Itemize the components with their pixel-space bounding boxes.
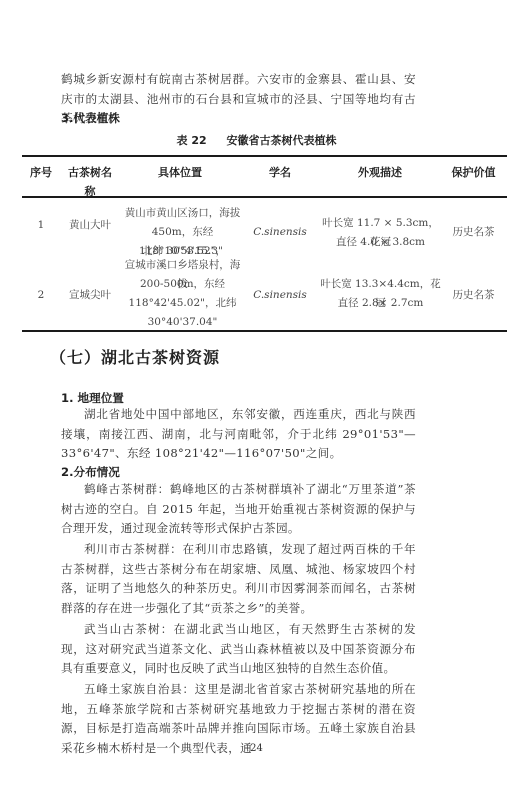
row-scientific-name: C.sinensis bbox=[240, 223, 320, 242]
header-protection-value: 保护价值 bbox=[440, 163, 507, 182]
row-tree-name: 宣城尖叶 bbox=[60, 286, 120, 305]
subsection-heading-representative-plants: 3.代表植株 bbox=[61, 110, 120, 126]
row-index: 1 bbox=[22, 216, 60, 235]
row-appearance-line: 直径 4.0 × 3.8cm bbox=[318, 233, 443, 252]
subsection-heading-distribution: 2.分布情况 bbox=[61, 464, 120, 480]
table-caption-title: 安徽省古茶树代表植株 bbox=[226, 134, 336, 147]
page-number: 24 bbox=[0, 743, 513, 754]
header-appearance: 外观描述 bbox=[320, 163, 440, 182]
row-protection-value: 历史名茶 bbox=[440, 223, 507, 242]
row-tree-name: 黄山大叶 bbox=[60, 216, 120, 235]
header-location: 具体位置 bbox=[120, 163, 240, 182]
row-appearance-line: 直径 2.8× 2.7cm bbox=[318, 294, 443, 313]
row-location-line: 黄山市黄山区汤口，海拔 bbox=[120, 204, 245, 223]
header-name-line2: 称 bbox=[60, 182, 120, 201]
table-top-rule bbox=[22, 155, 507, 157]
section-title-hubei: （七）湖北古茶树资源 bbox=[50, 345, 220, 368]
row-location-line: 200-500m，东经 bbox=[120, 275, 245, 294]
header-scientific-name: 学名 bbox=[240, 163, 320, 182]
table-bottom-rule bbox=[22, 330, 507, 332]
distribution-paragraph-hefeng: 鹤峰古茶树群：鹤峰地区的古茶树群填补了湖北“万里茶道”茶树古迹的空白。自 201… bbox=[61, 480, 416, 539]
row-protection-value: 历史名茶 bbox=[440, 286, 507, 305]
row-index: 2 bbox=[22, 286, 60, 305]
distribution-paragraph-lichuan: 利川市古茶树群：在利川市忠路镇，发现了超过两百株的千年古茶树群，这些古茶树分布在… bbox=[61, 540, 416, 618]
header-name-line1: 古茶树名 bbox=[60, 163, 120, 182]
table-caption-number: 表 22 bbox=[177, 134, 207, 147]
distribution-paragraph-wudangshan: 武当山古茶树：在湖北武当山地区，有天然野生古茶树的发现，这对研究武当道茶文化、武… bbox=[61, 620, 416, 679]
row-scientific-name: C.sinensis bbox=[240, 286, 320, 305]
geography-paragraph: 湖北省地处中国中部地区，东邻安徽，西连重庆，西北与陕西接壤，南接江西、湖南，北与… bbox=[61, 405, 416, 464]
table-caption: 表 22 安徽省古茶树代表植株 bbox=[0, 132, 513, 148]
header-index: 序号 bbox=[22, 163, 60, 182]
subsection-heading-geography: 1. 地理位置 bbox=[61, 390, 124, 406]
row-location-line: 118°42'45.02"，北纬 bbox=[120, 294, 245, 313]
document-page: 鹤城乡新安源村有皖南古茶树居群。六安市的金寨县、霍山县、安庆市的太湖县、池州市的… bbox=[0, 0, 513, 800]
table-header-rule bbox=[22, 196, 507, 198]
